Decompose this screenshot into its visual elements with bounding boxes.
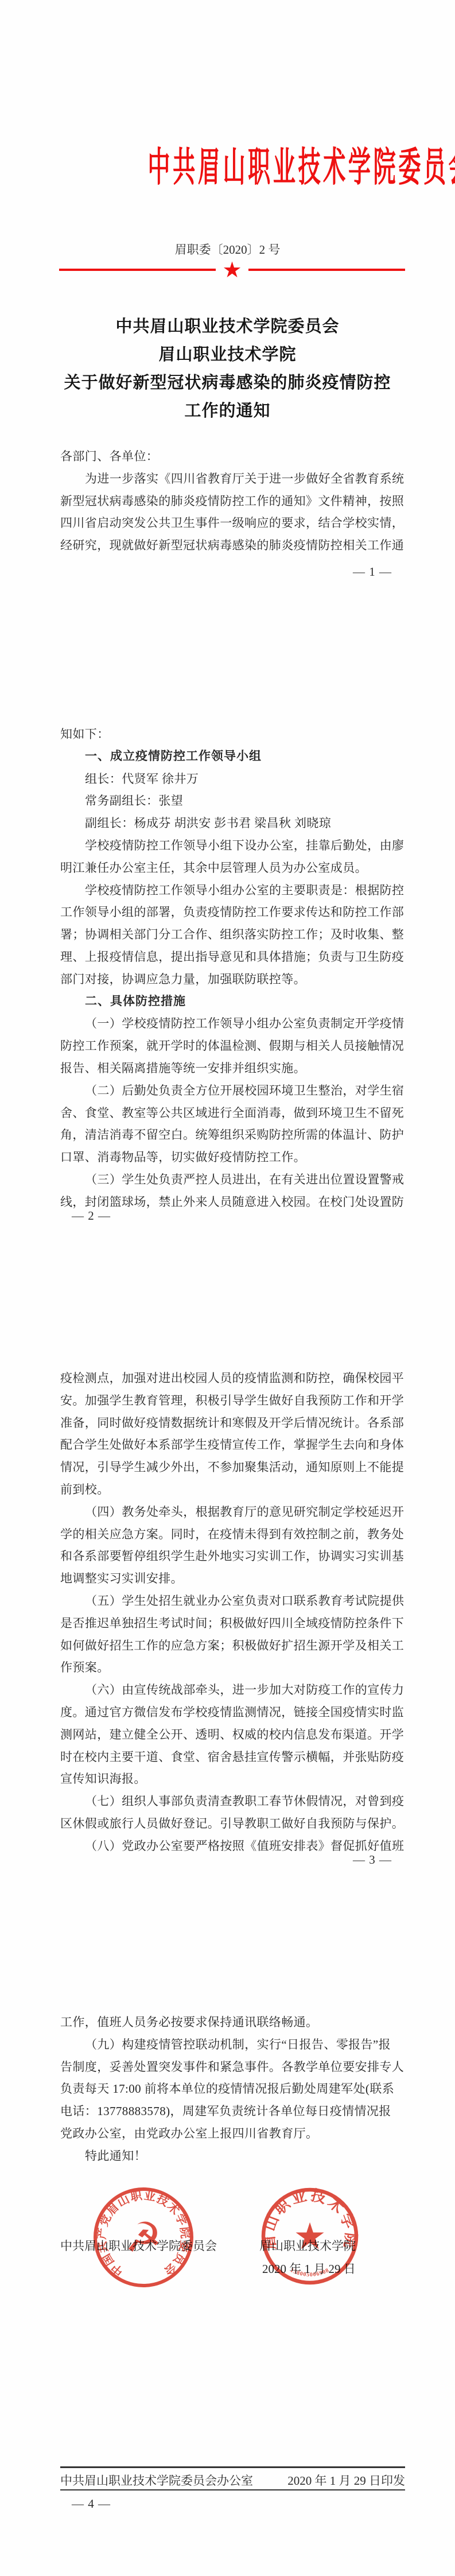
page-number-1: — 1 — <box>353 564 392 580</box>
body-line: 宣传知识海报。 <box>60 1768 407 1790</box>
document-title: 中共眉山职业技术学院委员会 眉山职业技术学院 关于做好新型冠状病毒感染的肺炎疫情… <box>0 313 455 425</box>
body-line: 口罩、消毒物品等，切实做好疫情防控工作。 <box>60 1146 407 1169</box>
body-line: 如何做好招生工作的应急方案；积极做好扩招生源开学及相关工 <box>60 1635 407 1657</box>
footer-rule-bottom <box>60 2489 405 2490</box>
body-line: 准备，同时做好疫情数据统计和寒假及开学后情况统计。各系部 <box>60 1412 407 1434</box>
title-line-3: 关于做好新型冠状病毒感染的肺炎疫情防控 <box>0 369 455 397</box>
body-line: 角，清洁消毒不留空白。统筹组织采购防控所需的体温计、防护 <box>60 1124 407 1146</box>
page-1-body: 各部门、各单位：为进一步落实《四川省教育厅关于进一步做好全省教育系统新型冠状病毒… <box>60 445 407 557</box>
body-line: 党政办公室，由党政办公室上报四川省教育厅。 <box>60 2123 407 2145</box>
body-line: 电话：13778883578)，周建军负责统计各单位每日疫情情况报 <box>60 2100 407 2123</box>
letterhead-divider: ★ <box>59 259 405 280</box>
body-line: 理、上报疫情信息，提出指导意见和具体措施；负责与卫生防疫 <box>60 946 407 968</box>
body-line: 防控工作预案，就开学时的体温检测、假期与相关人员接触情况 <box>60 1035 407 1057</box>
body-line: 为进一步落实《四川省教育厅关于进一步做好全省教育系统 <box>60 468 407 490</box>
body-line: 部门对接，协调应急力量，加强联防联控等。 <box>60 968 407 991</box>
body-line: 知如下： <box>60 723 407 746</box>
document-page-4: 工作，值班人员务必按要求保持通讯联络畅通。（九）构建疫情管控联动机制，实行“日报… <box>0 1932 455 2576</box>
document-page-2: 知如下：一、成立疫情防控工作领导小组组长：代贤军 徐井万常务副组长：张望副组长：… <box>0 644 455 1288</box>
body-line: 前到校。 <box>60 1479 407 1501</box>
body-line: 经研究，现就做好新型冠状病毒感染的肺炎疫情防控相关工作通 <box>60 534 407 557</box>
title-line-2: 眉山职业技术学院 <box>0 341 455 369</box>
page-number-3: — 3 — <box>353 1852 392 1868</box>
document-number: 眉职委〔2020〕2 号 <box>0 241 455 258</box>
body-line: 线，封闭篮球场，禁止外来人员随意进入校园。在校门处设置防 <box>60 1191 407 1213</box>
page-4-body: 工作，值班人员务必按要求保持通讯联络畅通。（九）构建疫情管控联动机制，实行“日报… <box>60 2011 407 2167</box>
body-line: 告制度，妥善处置突发事件和紧急事件。各教学单位要安排专人 <box>60 2056 407 2078</box>
page-2-body: 知如下：一、成立疫情防控工作领导小组组长：代贤军 徐井万常务副组长：张望副组长：… <box>60 723 407 1213</box>
body-line: 副组长：杨成芬 胡洪安 彭书君 梁昌秋 刘晓琼 <box>60 812 407 835</box>
letterhead-title: 中共眉山职业技术学院委员会文件 <box>0 145 455 192</box>
body-line: 区休假或旅行人员做好登记。引导教职工做好自我预防与保护。 <box>60 1813 407 1835</box>
body-line: 学的相关应急方案。同时，在疫情未得到有效控制之前，教务处 <box>60 1523 407 1546</box>
title-line-1: 中共眉山职业技术学院委员会 <box>0 313 455 341</box>
title-line-4: 工作的通知 <box>0 397 455 425</box>
body-line: 二、具体防控措施 <box>60 991 407 1013</box>
body-line: 署；协调相关部门分工合作、组织落实防控工作；及时收集、整 <box>60 924 407 946</box>
body-line: 明江兼任办公室主任，其余中层管理人员为办公室成员。 <box>60 857 407 879</box>
body-line: 新型冠状病毒感染的肺炎疫情防控工作的通知》文件精神，按照 <box>60 490 407 513</box>
red-star-icon: ★ <box>216 259 248 280</box>
body-line: 安。加强学生教育管理，积极引导学生做好自我预防工作和开学 <box>60 1390 407 1412</box>
body-line: 学校疫情防控工作领导小组下设办公室，挂靠后勤处，由廖 <box>60 835 407 857</box>
college-seal: 眉山职业技术学院 ★ 138005006908 <box>261 2187 359 2285</box>
body-line: 时在校内主要干道、食堂、宿舍悬挂宣传警示横幅，并张贴防疫 <box>60 1746 407 1768</box>
body-line: 情况，引导学生减少外出，不参加聚集活动，通知原则上不能提 <box>60 1456 407 1479</box>
body-line: 四川省启动突发公共卫生事件一级响应的要求，结合学校实情， <box>60 512 407 534</box>
page-number-4: — 4 — <box>72 2496 111 2512</box>
printing-footer: 中共眉山职业技术学院委员会办公室 2020 年 1 月 29 日印发 <box>60 2472 405 2489</box>
body-line: 负责每天 17:00 前将本单位的疫情情况报后勤处周建军处(联系 <box>60 2078 407 2100</box>
footer-issuing-office: 中共眉山职业技术学院委员会办公室 <box>60 2472 253 2489</box>
body-line: （六）由宣传统战部牵头，进一步加大对防疫工作的宣传力 <box>60 1679 407 1701</box>
body-line: 学校疫情防控工作领导小组办公室的主要职责是：根据防控 <box>60 879 407 902</box>
body-line: 测网站，建立健全公开、透明、权威的校内信息发布渠道。开学 <box>60 1724 407 1746</box>
body-line: 地调整实习实训安排。 <box>60 1568 407 1590</box>
body-line: 工作领导小组的部署，负责疫情防控工作要求传达和防控工作部 <box>60 901 407 924</box>
body-line: 组长：代贤军 徐井万 <box>60 768 407 790</box>
letterhead-title-text: 中共眉山职业技术学院委员会文件 <box>147 145 455 192</box>
footer-rule-top <box>60 2466 405 2468</box>
body-line: 度。通过官方微信发布学校疫情监测情况，链接全国疫情实时监 <box>60 1701 407 1724</box>
scanned-official-document: { "doc": { "header": "中共眉山职业技术学院委员会文件", … <box>0 0 455 2576</box>
hammer-sickle-icon: ☭ <box>125 2213 162 2261</box>
divider-line-left <box>59 269 216 271</box>
body-line: 是否推迟单独招生考试时间；积极做好四川全域疫情防控条件下 <box>60 1612 407 1635</box>
document-page-3: 疫检测点，加强对进出校园人员的疫情监测和防控，确保校园平安。加强学生教育管理，积… <box>0 1288 455 1932</box>
body-line: （四）教务处牵头，根据教育厅的意见研究制定学校延迟开 <box>60 1501 407 1523</box>
star-icon: ★ <box>293 2216 326 2258</box>
page-number-2: — 2 — <box>72 1208 111 1224</box>
body-line: 各部门、各单位： <box>60 445 407 468</box>
body-line: 一、成立疫情防控工作领导小组 <box>60 746 407 768</box>
footer-print-date: 2020 年 1 月 29 日印发 <box>287 2472 405 2489</box>
body-line: （七）组织人事部负责清查教职工春节休假情况，对曾到疫 <box>60 1790 407 1813</box>
body-line: 疫检测点，加强对进出校园人员的疫情监测和防控，确保校园平 <box>60 1367 407 1390</box>
body-line: 和各系部要暂停组织学生赴外地实习实训工作，协调实习实训基 <box>60 1545 407 1568</box>
body-line: （三）学生处负责严控人员进出，在有关进出位置设置警戒 <box>60 1169 407 1191</box>
body-line: 舍、食堂、教室等公共区域进行全面消毒，做到环境卫生不留死 <box>60 1102 407 1124</box>
body-line: 常务副组长：张望 <box>60 790 407 812</box>
body-line: （九）构建疫情管控联动机制，实行“日报告、零报告”报 <box>60 2034 407 2056</box>
body-line: 工作，值班人员务必按要求保持通讯联络畅通。 <box>60 2011 407 2034</box>
college-seal-serial: 138005006908 <box>289 2267 330 2278</box>
body-line: （二）后勤处负责全方位开展校园环境卫生整治，对学生宿 <box>60 1080 407 1102</box>
body-line: 报告、相关隔离措施等统一安排并组织实施。 <box>60 1057 407 1080</box>
document-page-1: 中共眉山职业技术学院委员会文件 眉职委〔2020〕2 号 ★ 中共眉山职业技术学… <box>0 0 455 644</box>
svg-text:138005006908: 138005006908 <box>289 2267 330 2278</box>
body-line: （一）学校疫情防控工作领导小组办公室负责制定开学疫情 <box>60 1012 407 1035</box>
body-line: 作预案。 <box>60 1656 407 1679</box>
body-line: 配合学生处做好本系部学生疫情宣传工作，掌握学生去向和身体 <box>60 1434 407 1456</box>
body-line: 特此通知！ <box>60 2145 407 2167</box>
body-line: （五）学生处招生就业办公室负责对口联系教育考试院提供 <box>60 1590 407 1612</box>
party-committee-seal: 中国共产党眉山职业技术学院委员会 ☭ <box>93 2187 194 2288</box>
page-3-body: 疫检测点，加强对进出校园人员的疫情监测和防控，确保校园平安。加强学生教育管理，积… <box>60 1367 407 1857</box>
divider-line-right <box>248 269 405 271</box>
